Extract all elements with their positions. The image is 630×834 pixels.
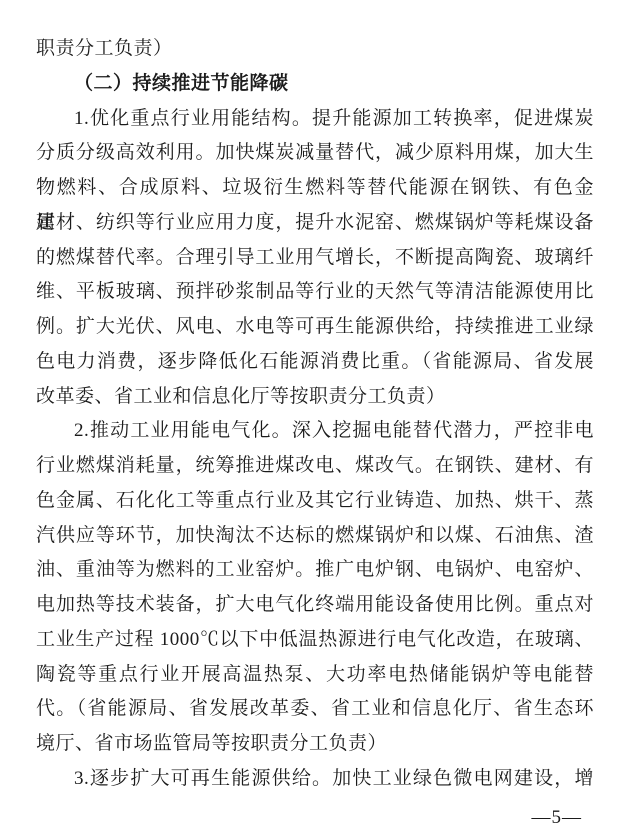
- text-line: 维、平板玻璃、预拌砂浆制品等行业的天然气等清洁能源使用比: [36, 275, 594, 310]
- text-line: 电加热等技术装备，扩大电气化终端用能设备使用比例。重点对: [36, 588, 594, 623]
- text-line: 的燃煤替代率。合理引导工业用气增长，不断提高陶瓷、玻璃纤: [36, 241, 594, 276]
- text-line: 物燃料、合成原料、垃圾衍生燃料等替代能源在钢铁、有色金属、: [36, 171, 594, 206]
- paragraph-2: 2.推动工业用能电气化。深入挖掘电能替代潜力，严控非电行业燃煤消耗量，统筹推进煤…: [36, 414, 594, 762]
- text-line: （二）持续推进节能降碳: [36, 67, 594, 102]
- text-line: 工业生产过程 1000℃以下中低温热源进行电气化改造，在玻璃、: [36, 623, 594, 658]
- text-line: 陶瓷等重点行业开展高温热泵、大功率电热储能锅炉等电能替: [36, 658, 594, 693]
- text-line: 汽供应等环节，加快淘汰不达标的燃煤锅炉和以煤、石油焦、渣: [36, 519, 594, 554]
- text-line: 职责分工负责）: [36, 32, 594, 67]
- paragraph-1: 1.优化重点行业用能结构。提升能源加工转换率，促进煤炭分质分级高效利用。加快煤炭…: [36, 102, 594, 415]
- text-line: 行业燃煤消耗量，统筹推进煤改电、煤改气。在钢铁、建材、有: [36, 449, 594, 484]
- text-line: 改革委、省工业和信息化厅等按职责分工负责）: [36, 380, 594, 415]
- document-body: 职责分工负责）（二）持续推进节能降碳1.优化重点行业用能结构。提升能源加工转换率…: [36, 32, 594, 797]
- text-line: 色金属、石化化工等重点行业及其它行业铸造、加热、烘干、蒸: [36, 484, 594, 519]
- text-line: 建材、纺织等行业应用力度，提升水泥窑、燃煤锅炉等耗煤设备: [36, 206, 594, 241]
- text-line: 例。扩大光伏、风电、水电等可再生能源供给，持续推进工业绿: [36, 310, 594, 345]
- text-line: 境厅、省市场监管局等按职责分工负责）: [36, 727, 594, 762]
- page-number: —5—: [532, 807, 583, 829]
- text-line: 1.优化重点行业用能结构。提升能源加工转换率，促进煤炭: [36, 102, 594, 137]
- text-line: 色电力消费，逐步降低化石能源消费比重。（省能源局、省发展: [36, 345, 594, 380]
- text-line: 分质分级高效利用。加快煤炭减量替代，减少原料用煤，加大生: [36, 136, 594, 171]
- section-heading: （二）持续推进节能降碳: [36, 67, 594, 102]
- paragraph-3: 3.逐步扩大可再生能源供给。加快工业绿色微电网建设，增: [36, 762, 594, 797]
- document-page: 职责分工负责）（二）持续推进节能降碳1.优化重点行业用能结构。提升能源加工转换率…: [0, 0, 630, 834]
- text-line: 3.逐步扩大可再生能源供给。加快工业绿色微电网建设，增: [36, 762, 594, 797]
- text-line: 代。（省能源局、省发展改革委、省工业和信息化厅、省生态环: [36, 692, 594, 727]
- text-line: 2.推动工业用能电气化。深入挖掘电能替代潜力，严控非电: [36, 414, 594, 449]
- continuation-line: 职责分工负责）: [36, 32, 594, 67]
- text-line: 油、重油等为燃料的工业窑炉。推广电炉钢、电锅炉、电窑炉、: [36, 553, 594, 588]
